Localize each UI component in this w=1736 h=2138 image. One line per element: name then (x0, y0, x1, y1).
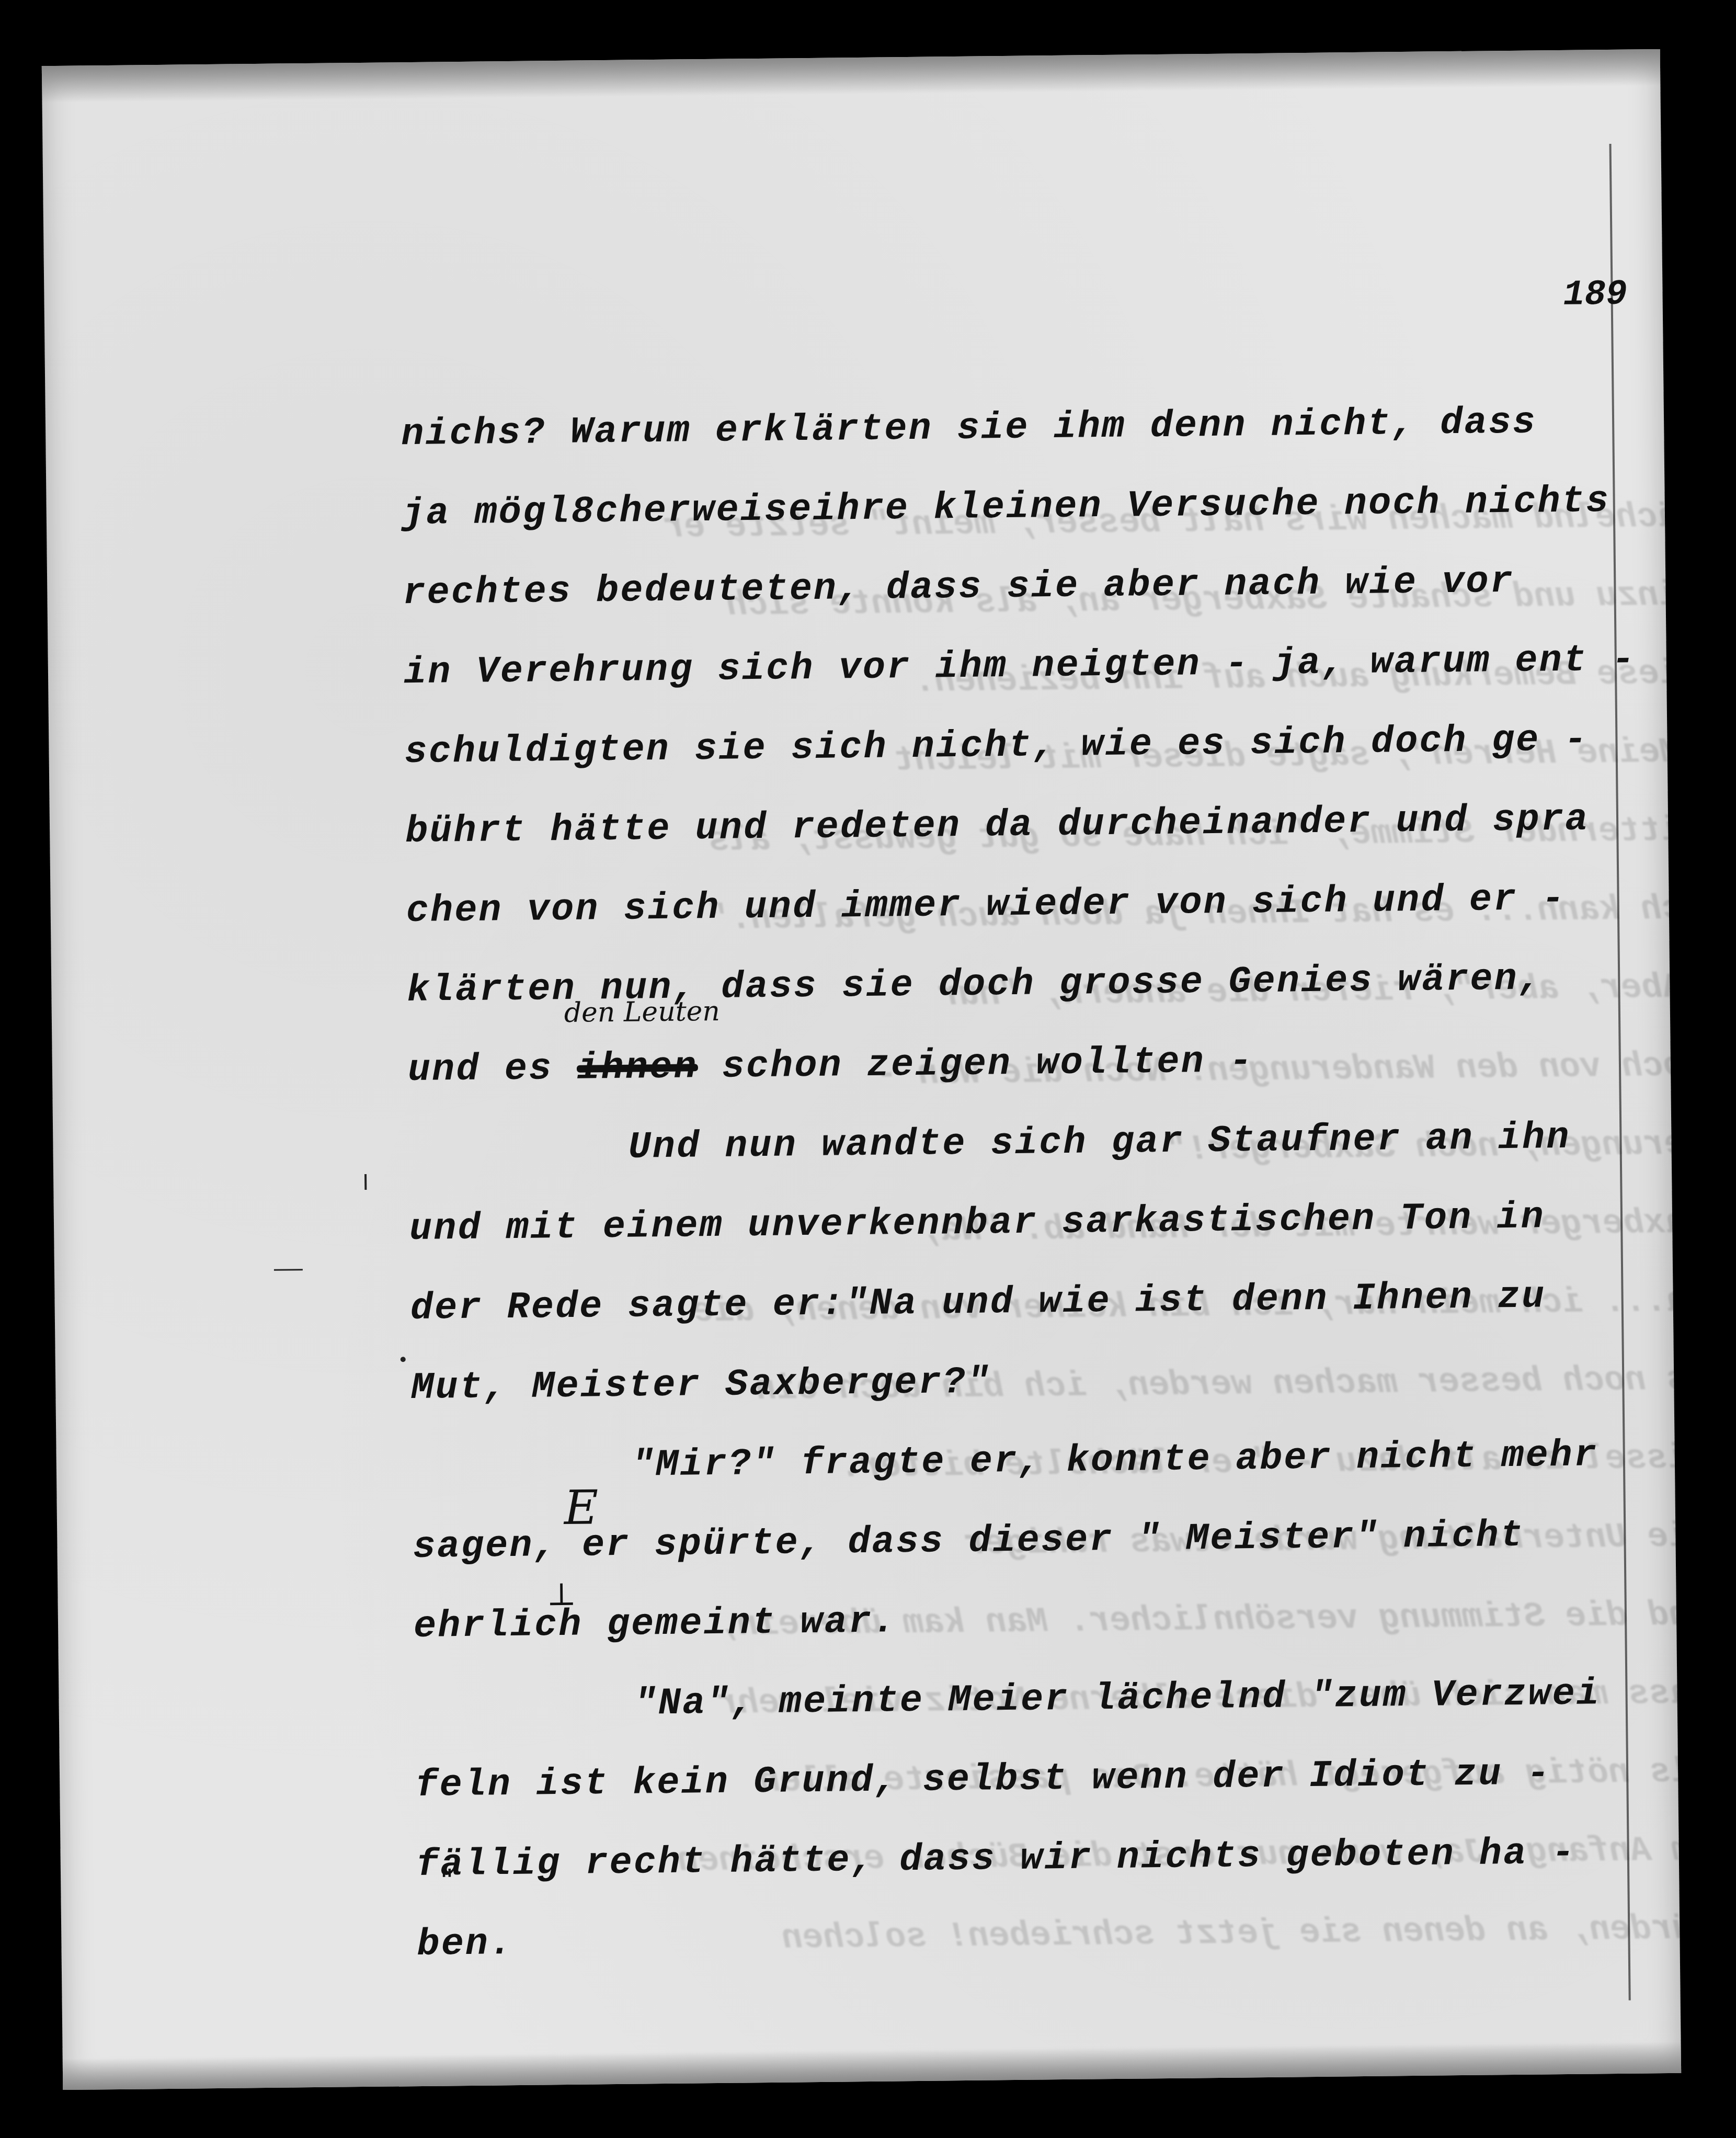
text-line: in Verehrung sich vor ihm neigten - ja, … (403, 619, 1711, 712)
text-segment: spürte, dass dieser " Meister" nicht (630, 1514, 1524, 1566)
text-segment: schon zeigen wollten - (698, 1040, 1254, 1088)
text-line: "Mir?" fragte er, konnte aber nicht mehr (412, 1414, 1719, 1507)
page-bottom-edge (63, 2042, 1681, 2090)
text-line: ehrlich gemeint war. (413, 1573, 1721, 1666)
text-line: feln ist kein Grund, selbst wenn der Idi… (415, 1732, 1722, 1825)
text-line: ja mögl8cherweiseihre kleinen Versuche n… (402, 460, 1709, 553)
text-line: Und nun wandte sich gar Staufner an ihn (408, 1096, 1716, 1189)
struck-word: ihnen (577, 1045, 698, 1089)
text-segment: ben. (417, 1922, 514, 1966)
text-segment: sagen, (413, 1524, 582, 1568)
handwritten-capital-correction: E (564, 1484, 599, 1532)
manuscript-page: Mächelnd machen wirs halt besser, meint"… (42, 49, 1681, 2090)
text-line: rechtes bedeuteten, dass sie aber nach w… (403, 540, 1710, 633)
text-line: bührt hätte und redeten da durcheinander… (405, 778, 1712, 871)
handwritten-insertion: den Leuten (564, 996, 721, 1029)
text-line-with-correction: sagen, er spürte, dass dieser " Meister"… (413, 1494, 1720, 1587)
text-line-with-mark: ben." (417, 1891, 1724, 1984)
text-line: und mit einem unverkennbar sarkastischen… (409, 1176, 1717, 1269)
margin-dot-mark (401, 1357, 406, 1362)
text-line: "Na", meinte Meier lächelnd "zum Verzwei (414, 1653, 1722, 1746)
handwritten-quote-mark: " (440, 1865, 454, 1895)
text-line: fällig recht hätte, dass wir nichts gebo… (416, 1812, 1723, 1905)
typed-body-text: nichs? Warum erklärten sie ihm denn nich… (401, 381, 1724, 1984)
page-top-edge (42, 49, 1661, 103)
text-line: der Rede sagte er:"Na und wie ist denn I… (410, 1255, 1718, 1348)
text-line: Mut, Meister Saxberger?" (411, 1335, 1719, 1428)
text-line: nichs? Warum erklärten sie ihm denn nich… (401, 381, 1708, 474)
page-number: 189 (1563, 275, 1627, 315)
text-line: chen von sich und immer wieder von sich … (406, 858, 1714, 951)
margin-dash-mark (274, 1269, 303, 1271)
text-segment: und es (408, 1047, 577, 1091)
text-line-with-correction: und es ihnen schon zeigen wollten -den L… (407, 1017, 1715, 1110)
margin-bracket-mark (364, 1174, 367, 1190)
text-line: schuldigten sie sich nicht, wie es sich … (404, 699, 1712, 792)
